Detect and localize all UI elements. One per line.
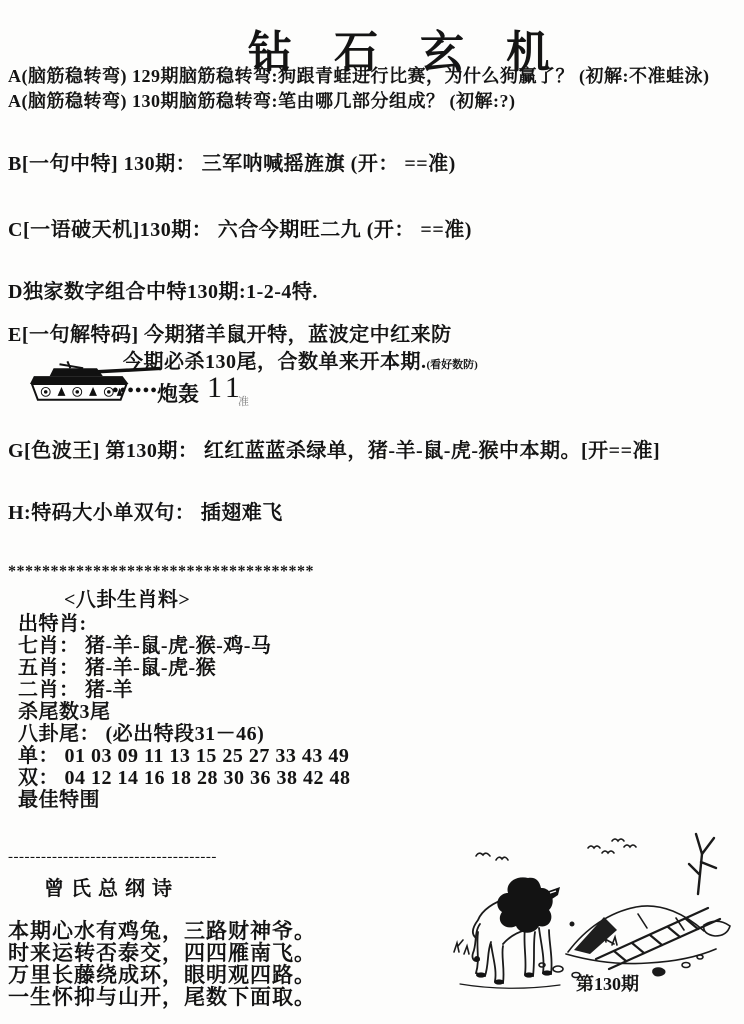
tip-line-h: H:特码大小单双句： 插翅难飞 [8, 496, 283, 525]
bagua-line-zuijiatewei: 最佳特围 [18, 783, 100, 812]
tip-line-d: D独家数字组合中特130期:1-2-4特. [8, 275, 318, 304]
tip-line-e1: E[一句解特码] 今期猪羊鼠开特，蓝波定中红来防 [8, 318, 452, 347]
stars-divider: ************************************ [8, 563, 314, 581]
cannon-label: 炮轰 [157, 378, 199, 408]
dashed-divider: -------------------------------------- [8, 849, 217, 866]
poem-title: 曾氏总纲诗 [44, 872, 179, 901]
tip-line-e2: 今期必杀130尾，合数单来开本期.(看好数防) [123, 345, 478, 374]
tip-sheet-page: 钻石玄机 A(脑筋稳转弯) 129期脑筋稳转弯:狗跟青蛙进行比赛，为什么狗赢了？… [0, 0, 744, 1024]
tip-line-g: G[色波王] 第130期： 红红蓝蓝杀绿单，猪-羊-鼠-虎-猴中本期。[开==准… [8, 434, 660, 463]
tank-icon [26, 360, 164, 406]
illustration-caption: 第130期 [576, 970, 639, 996]
tip-line-e2-note: (看好数防) [427, 359, 478, 371]
brainteaser-line-130: A(脑筋稳转弯) 130期脑筋稳转弯:笔由哪几部分组成？ (初解:?) [8, 87, 515, 113]
tip-line-c: C[一语破天机]130期： 六合今期旺二九 (开： ==准) [8, 213, 472, 242]
cannon-suffix: 准 [238, 393, 249, 409]
tip-line-e2-text: 今期必杀130尾，合数单来开本期. [123, 351, 427, 373]
poem-line-4: 一生怀抑与山开，尾数下面取。 [8, 981, 316, 1011]
brainteaser-line-129: A(脑筋稳转弯) 129期脑筋稳转弯:狗跟青蛙进行比赛，为什么狗赢了？ (初解:… [8, 62, 709, 88]
cannon-dots: ●●●●●● [112, 384, 158, 396]
tip-line-b: B[一句中特] 130期： 三军呐喊摇旌旗 (开： ==准) [8, 147, 456, 176]
